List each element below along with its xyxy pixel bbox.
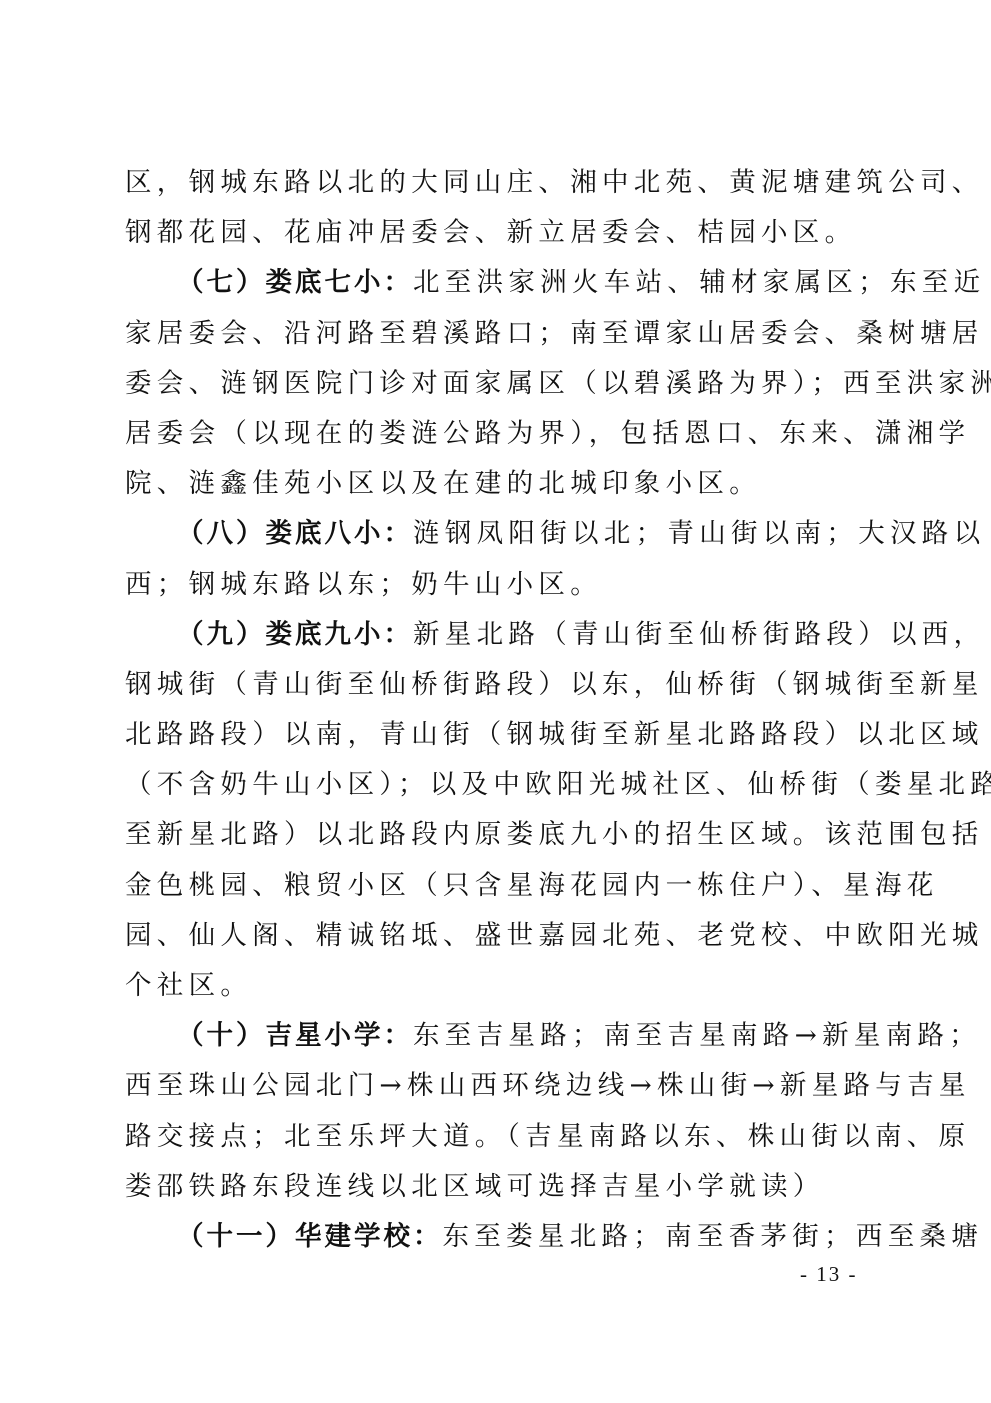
text-line: 钢城街（青山街至仙桥街路段）以东，仙桥街（钢城街至新星 (125, 660, 870, 710)
section-heading-line-7: （七）娄底七小：北至洪家洲火车站、辅材家属区；东至近 (125, 258, 870, 308)
text-line: 委会、涟钢医院门诊对面家属区（以碧溪路为界）；西至洪家洲 (125, 359, 870, 409)
text-line: 家居委会、沿河路至碧溪路口；南至谭家山居委会、桑树塘居 (125, 309, 870, 359)
line-text: 北至洪家洲火车站、辅材家属区；东至近 (413, 267, 985, 298)
line-text: 西至珠山公园北门→株山西环绕边线→株山街→新星路与吉星 (125, 1070, 971, 1101)
line-text: 家居委会、沿河路至碧溪路口；南至谭家山居委会、桑树塘居 (125, 318, 984, 349)
line-text: 金色桃园、粮贸小区（只含星海花园内一栋住户）、星海花 (125, 870, 939, 901)
line-text: 东至娄星北路；南至香茅街；西至桑塘 (443, 1221, 984, 1252)
text-line: 园、仙人阁、精诚铭坻、盛世嘉园北苑、老党校、中欧阳光城 8 (125, 911, 870, 961)
text-line: 区，钢城东路以北的大同山庄、湘中北苑、黄泥塘建筑公司、 (125, 158, 870, 208)
line-text: 委会、涟钢医院门诊对面家属区（以碧溪路为界）；西至洪家洲 (125, 368, 991, 399)
text-line: 金色桃园、粮贸小区（只含星海花园内一栋住户）、星海花 (125, 861, 870, 911)
section-heading: （九）娄底九小： (177, 619, 413, 650)
section-heading: （十一）华建学校： (177, 1221, 443, 1252)
line-text: 园、仙人阁、精诚铭坻、盛世嘉园北苑、老党校、中欧阳光城 8 (125, 920, 991, 951)
document-page: 区，钢城东路以北的大同山庄、湘中北苑、黄泥塘建筑公司、 钢都花园、花庙冲居委会、… (0, 0, 991, 1403)
text-line: 北路路段）以南，青山街（钢城街至新星北路路段）以北区域 (125, 710, 870, 760)
text-line: 钢都花园、花庙冲居委会、新立居委会、桔园小区。 (125, 208, 870, 258)
section-heading-line-9: （九）娄底九小：新星北路（青山街至仙桥街路段）以西， (125, 610, 870, 660)
line-text: （不含奶牛山小区）；以及中欧阳光城社区、仙桥街（娄星北路 (125, 769, 991, 800)
text-line: 娄邵铁路东段连线以北区域可选择吉星小学就读） (125, 1162, 870, 1212)
text-line: 路交接点；北至乐坪大道。（吉星南路以东、株山街以南、原 (125, 1112, 870, 1162)
text-line: 西至珠山公园北门→株山西环绕边线→株山街→新星路与吉星 (125, 1061, 870, 1111)
line-text: 钢都花园、花庙冲居委会、新立居委会、桔园小区。 (125, 217, 856, 248)
text-line: 个社区。 (125, 961, 870, 1011)
line-text: 新星北路（青山街至仙桥街路段）以西， (413, 619, 985, 650)
section-heading-line-10: （十）吉星小学：东至吉星路；南至吉星南路→新星南路； (125, 1011, 870, 1061)
line-text: 钢城街（青山街至仙桥街路段）以东，仙桥街（钢城街至新星 (125, 669, 984, 700)
line-text: 东至吉星路；南至吉星南路→新星南路； (413, 1020, 981, 1051)
line-text: 院、涟鑫佳苑小区以及在建的北城印象小区。 (125, 468, 761, 499)
section-heading: （八）娄底八小： (177, 518, 413, 549)
text-line: （不含奶牛山小区）；以及中欧阳光城社区、仙桥街（娄星北路 (125, 760, 870, 810)
section-heading: （七）娄底七小： (177, 267, 413, 298)
section-heading: （十）吉星小学： (177, 1020, 413, 1051)
text-line: 至新星北路）以北路段内原娄底九小的招生区域。该范围包括 (125, 810, 870, 860)
section-heading-line-11: （十一）华建学校：东至娄星北路；南至香茅街；西至桑塘 (125, 1212, 870, 1262)
text-line: 西；钢城东路以东；奶牛山小区。 (125, 560, 870, 610)
section-heading-line-8: （八）娄底八小：涟钢凤阳街以北；青山街以南；大汉路以 (125, 509, 870, 559)
line-text: 个社区。 (125, 970, 252, 1001)
line-text: 西；钢城东路以东；奶牛山小区。 (125, 569, 602, 600)
line-text: 涟钢凤阳街以北；青山街以南；大汉路以 (413, 518, 985, 549)
line-text: 娄邵铁路东段连线以北区域可选择吉星小学就读） (125, 1171, 825, 1202)
line-text: 区，钢城东路以北的大同山庄、湘中北苑、黄泥塘建筑公司、 (125, 167, 984, 198)
document-body: 区，钢城东路以北的大同山庄、湘中北苑、黄泥塘建筑公司、 钢都花园、花庙冲居委会、… (125, 158, 870, 1262)
text-line: 居委会（以现在的娄涟公路为界），包括恩口、东来、潇湘学 (125, 409, 870, 459)
line-text: 居委会（以现在的娄涟公路为界），包括恩口、东来、潇湘学 (125, 418, 970, 449)
text-line: 院、涟鑫佳苑小区以及在建的北城印象小区。 (125, 459, 870, 509)
page-number: - 13 - (800, 1262, 858, 1287)
line-text: 路交接点；北至乐坪大道。（吉星南路以东、株山街以南、原 (125, 1121, 970, 1152)
line-text: 至新星北路）以北路段内原娄底九小的招生区域。该范围包括 (125, 819, 984, 850)
line-text: 北路路段）以南，青山街（钢城街至新星北路路段）以北区域 (125, 719, 984, 750)
